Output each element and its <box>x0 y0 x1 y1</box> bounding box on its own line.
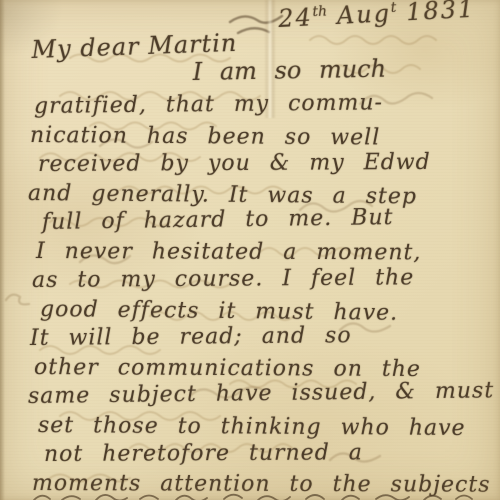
letter-line: not heretofore turned a <box>44 438 490 469</box>
letter-line: full of hazard to me. But <box>42 202 490 237</box>
date-day: 24 <box>277 3 313 33</box>
letter-line: as to my course. I feel the <box>32 263 490 295</box>
letter-page: 24th Augt 1831 My dear Martin I am so mu… <box>0 0 500 500</box>
letter-line: received by you & my Edwd <box>38 148 490 179</box>
paper-left-edge <box>0 0 5 500</box>
date-month: Aug <box>336 0 392 30</box>
date-year: 1831 <box>405 0 475 26</box>
partial-cutoff-line <box>0 490 500 500</box>
letter-line: same subject have issued, & must <box>28 376 490 411</box>
date-day-suffix: th <box>312 3 327 20</box>
letter-line: It will be read; and so <box>30 320 490 353</box>
date-month-suffix: t <box>390 0 396 16</box>
letter-date: 24th Augt 1831 <box>277 0 475 33</box>
opening-line: I am so much <box>193 55 387 86</box>
letter-line: gratified, that my commu- <box>34 87 490 121</box>
letter-body: gratified, that my commu- nication has b… <box>28 92 490 498</box>
